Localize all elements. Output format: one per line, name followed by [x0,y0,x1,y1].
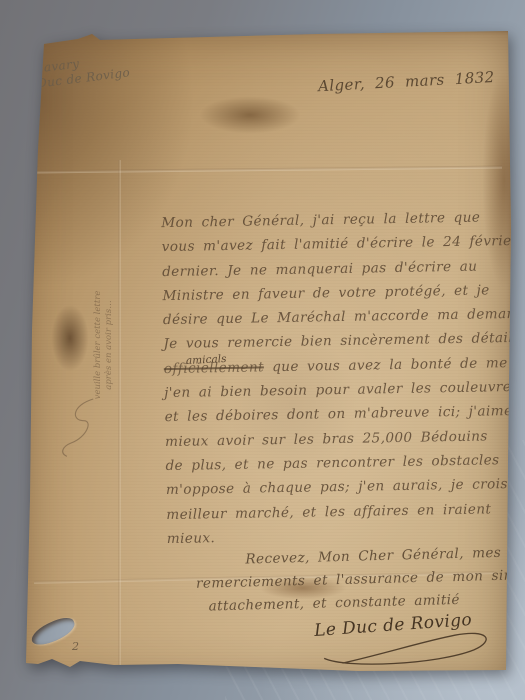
marginal-note-line2: après en avoir pris… [104,275,115,415]
letter-paper-wrapper: Savary Duc de Rovigo Alger, 26 mars 1832… [0,0,525,700]
letter-closing: Recevez, Mon Cher Général, mes remerciem… [167,541,514,619]
interline-inserted-word: amicals [186,353,227,367]
letter-paper: Savary Duc de Rovigo Alger, 26 mars 1832… [18,30,513,686]
photo-background: Savary Duc de Rovigo Alger, 26 mars 1832… [0,0,525,700]
letter-body: Mon cher Général, j'ai reçu la lettre qu… [161,205,519,551]
pencil-attribution-note: Savary Duc de Rovigo [35,50,131,91]
line-rest: que vous avez la bonté de me communiquer… [272,353,525,375]
fold-crease-vertical [118,160,121,665]
margin-paraph-squiggle [52,389,106,467]
paper-tear-hole [28,614,78,649]
corner-pencil-mark: 2 [72,640,79,653]
dateline: Alger, 26 mars 1832 [318,67,519,95]
fold-crease-top [32,166,502,174]
